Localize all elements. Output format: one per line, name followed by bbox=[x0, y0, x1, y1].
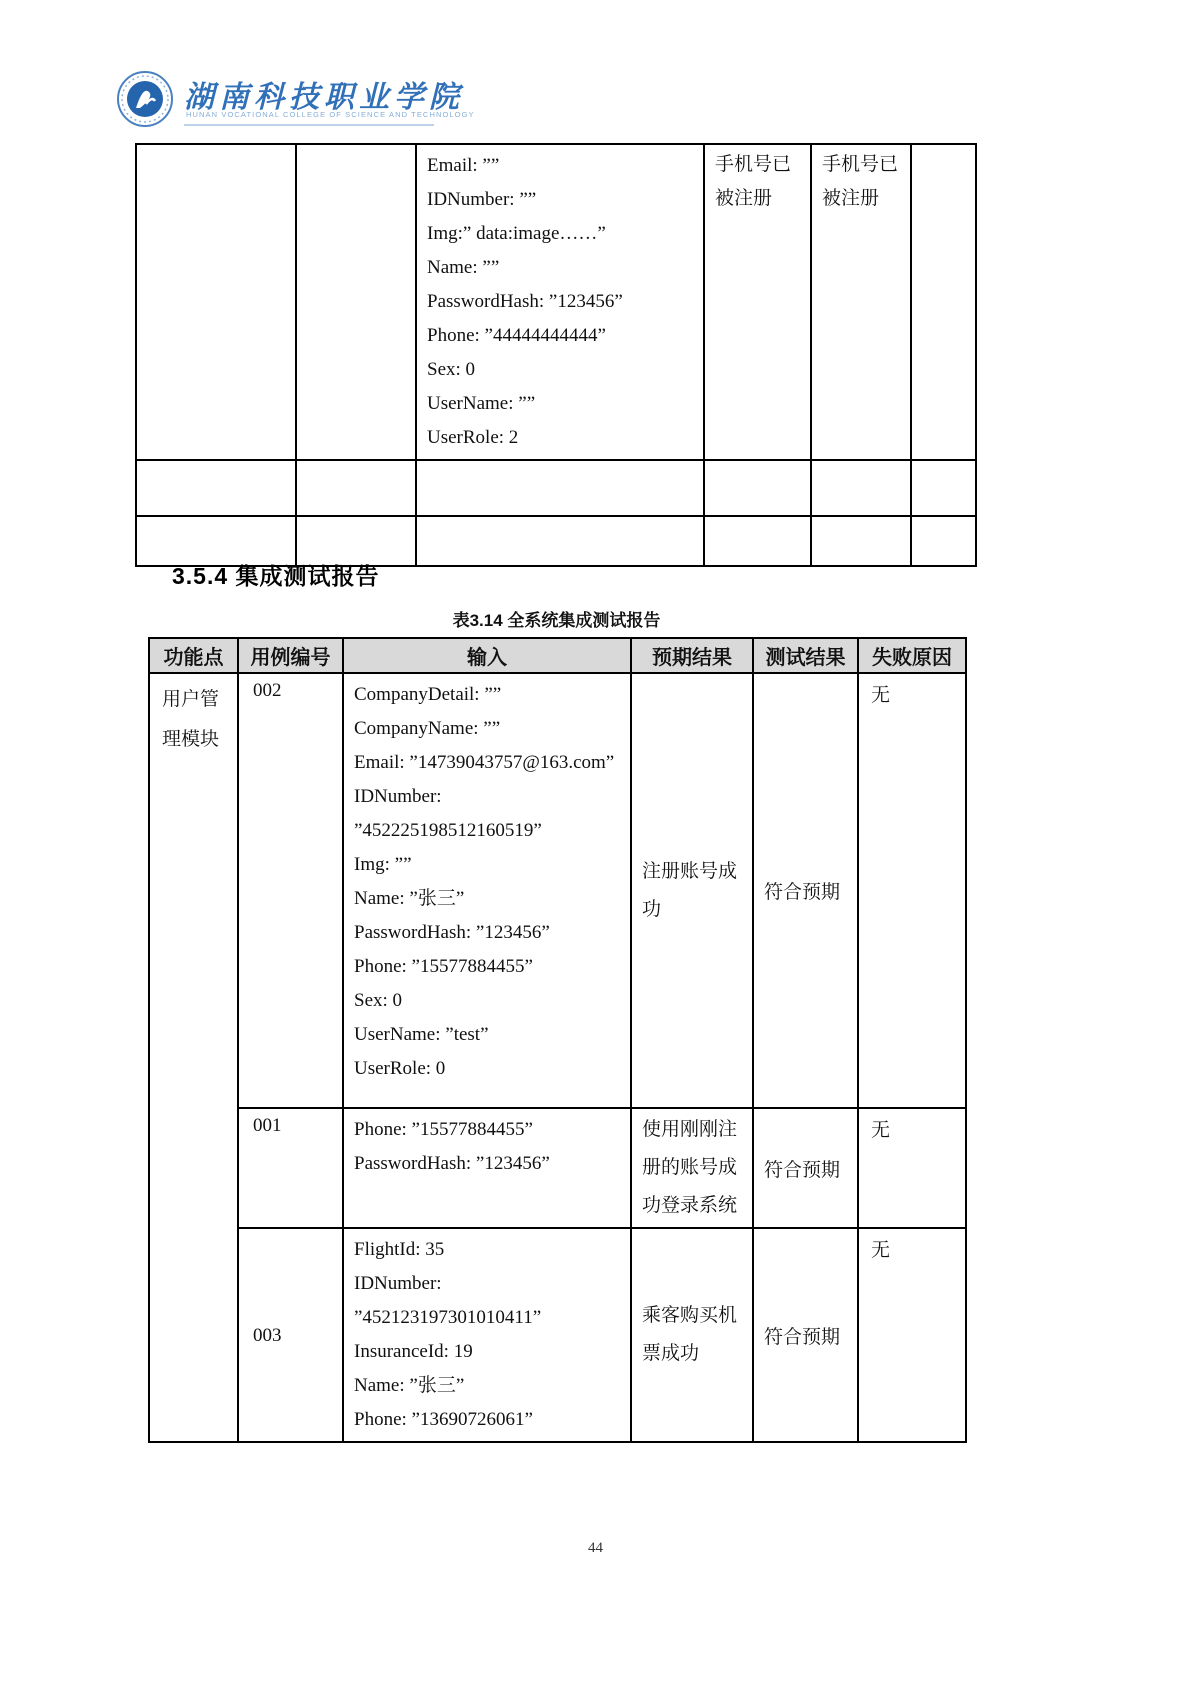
input-lines: Phone: ”15577884455”PasswordHash: ”12345… bbox=[344, 1109, 630, 1185]
college-logo: 湖南科技职业学院 HUNAN VOCATIONAL COLLEGE OF SCI… bbox=[116, 70, 456, 132]
input-cell: Email: ””IDNumber: ””Img:” data:image……”… bbox=[416, 144, 704, 460]
failure-reason-text: 无 bbox=[859, 1229, 965, 1266]
failure-reason-text: 无 bbox=[859, 674, 965, 711]
integration-test-report-table: 功能点 用例编号 输入 预期结果 测试结果 失败原因 用户管理模块 002 Co… bbox=[148, 637, 967, 1443]
table-row bbox=[136, 460, 976, 516]
header-row: 功能点 用例编号 输入 预期结果 测试结果 失败原因 bbox=[149, 638, 966, 673]
test-result-cell: 符合预期 bbox=[753, 673, 858, 1108]
failure-reason-text: 无 bbox=[859, 1109, 965, 1146]
expected-result-cell: 手机号已被注册 bbox=[704, 144, 811, 460]
college-emblem-icon bbox=[116, 70, 174, 128]
expected-result-text: 使用刚刚注册的账号成功登录系统 bbox=[632, 1109, 752, 1227]
failure-reason-cell: 无 bbox=[858, 673, 966, 1108]
test-result-text: 符合预期 bbox=[754, 1153, 857, 1184]
header-failure-reason: 失败原因 bbox=[858, 638, 966, 673]
input-cell: FlightId: 35IDNumber:”452123197301010411… bbox=[343, 1228, 631, 1442]
expected-result-text: 乘客购买机票成功 bbox=[632, 1295, 752, 1375]
empty-cell bbox=[811, 460, 911, 516]
failure-reason-cell: 无 bbox=[858, 1108, 966, 1228]
table-row: 001 Phone: ”15577884455”PasswordHash: ”1… bbox=[149, 1108, 966, 1228]
failure-reason-cell: 无 bbox=[858, 1228, 966, 1442]
table-row: Email: ””IDNumber: ””Img:” data:image……”… bbox=[136, 144, 976, 460]
header-test-result: 测试结果 bbox=[753, 638, 858, 673]
test-result-cell: 符合预期 bbox=[753, 1108, 858, 1228]
case-id-cell: 002 bbox=[238, 673, 343, 1108]
empty-cell bbox=[416, 516, 704, 566]
expected-result-cell: 使用刚刚注册的账号成功登录系统 bbox=[631, 1108, 753, 1228]
test-result-cell: 符合预期 bbox=[753, 1228, 858, 1442]
case-id: 001 bbox=[239, 1109, 342, 1141]
page-number: 44 bbox=[0, 1540, 1191, 1557]
empty-cell bbox=[911, 144, 976, 460]
table-row: 用户管理模块 002 CompanyDetail: ””CompanyName:… bbox=[149, 673, 966, 1108]
continued-test-table: Email: ””IDNumber: ””Img:” data:image……”… bbox=[135, 143, 977, 567]
test-result-cell: 手机号已被注册 bbox=[811, 144, 911, 460]
input-cell: CompanyDetail: ””CompanyName: ””Email: ”… bbox=[343, 673, 631, 1108]
expected-result-text: 注册账号成功 bbox=[632, 851, 752, 931]
empty-cell bbox=[136, 144, 296, 460]
empty-cell bbox=[136, 460, 296, 516]
header-function-point: 功能点 bbox=[149, 638, 238, 673]
college-name-english: HUNAN VOCATIONAL COLLEGE OF SCIENCE AND … bbox=[186, 110, 454, 119]
input-lines: Email: ””IDNumber: ””Img:” data:image……”… bbox=[417, 145, 703, 459]
header-case-id: 用例编号 bbox=[238, 638, 343, 673]
input-cell: Phone: ”15577884455”PasswordHash: ”12345… bbox=[343, 1108, 631, 1228]
header-input: 输入 bbox=[343, 638, 631, 673]
empty-cell bbox=[911, 516, 976, 566]
input-lines: FlightId: 35IDNumber:”452123197301010411… bbox=[344, 1229, 630, 1441]
expected-result-text: 手机号已被注册 bbox=[705, 145, 810, 219]
empty-cell bbox=[296, 144, 416, 460]
empty-cell bbox=[416, 460, 704, 516]
test-result-text: 符合预期 bbox=[754, 875, 857, 906]
test-result-text: 手机号已被注册 bbox=[812, 145, 910, 219]
module-cell: 用户管理模块 bbox=[149, 673, 238, 1442]
empty-cell bbox=[911, 460, 976, 516]
test-result-text: 符合预期 bbox=[754, 1320, 857, 1351]
case-id-cell: 003 bbox=[238, 1228, 343, 1442]
empty-cell bbox=[704, 516, 811, 566]
case-id: 002 bbox=[239, 674, 342, 706]
header-expected-result: 预期结果 bbox=[631, 638, 753, 673]
empty-cell bbox=[811, 516, 911, 566]
section-heading: 3.5.4 集成测试报告 bbox=[172, 558, 380, 591]
empty-cell bbox=[704, 460, 811, 516]
input-lines: CompanyDetail: ””CompanyName: ””Email: ”… bbox=[344, 674, 630, 1090]
empty-cell bbox=[296, 460, 416, 516]
case-id-cell: 001 bbox=[238, 1108, 343, 1228]
table-caption: 表3.14 全系统集成测试报告 bbox=[148, 606, 965, 631]
case-id: 003 bbox=[239, 1319, 342, 1351]
module-name: 用户管理模块 bbox=[150, 674, 237, 766]
logo-underline bbox=[184, 124, 434, 126]
expected-result-cell: 乘客购买机票成功 bbox=[631, 1228, 753, 1442]
expected-result-cell: 注册账号成功 bbox=[631, 673, 753, 1108]
table-row: 003 FlightId: 35IDNumber:”45212319730101… bbox=[149, 1228, 966, 1442]
